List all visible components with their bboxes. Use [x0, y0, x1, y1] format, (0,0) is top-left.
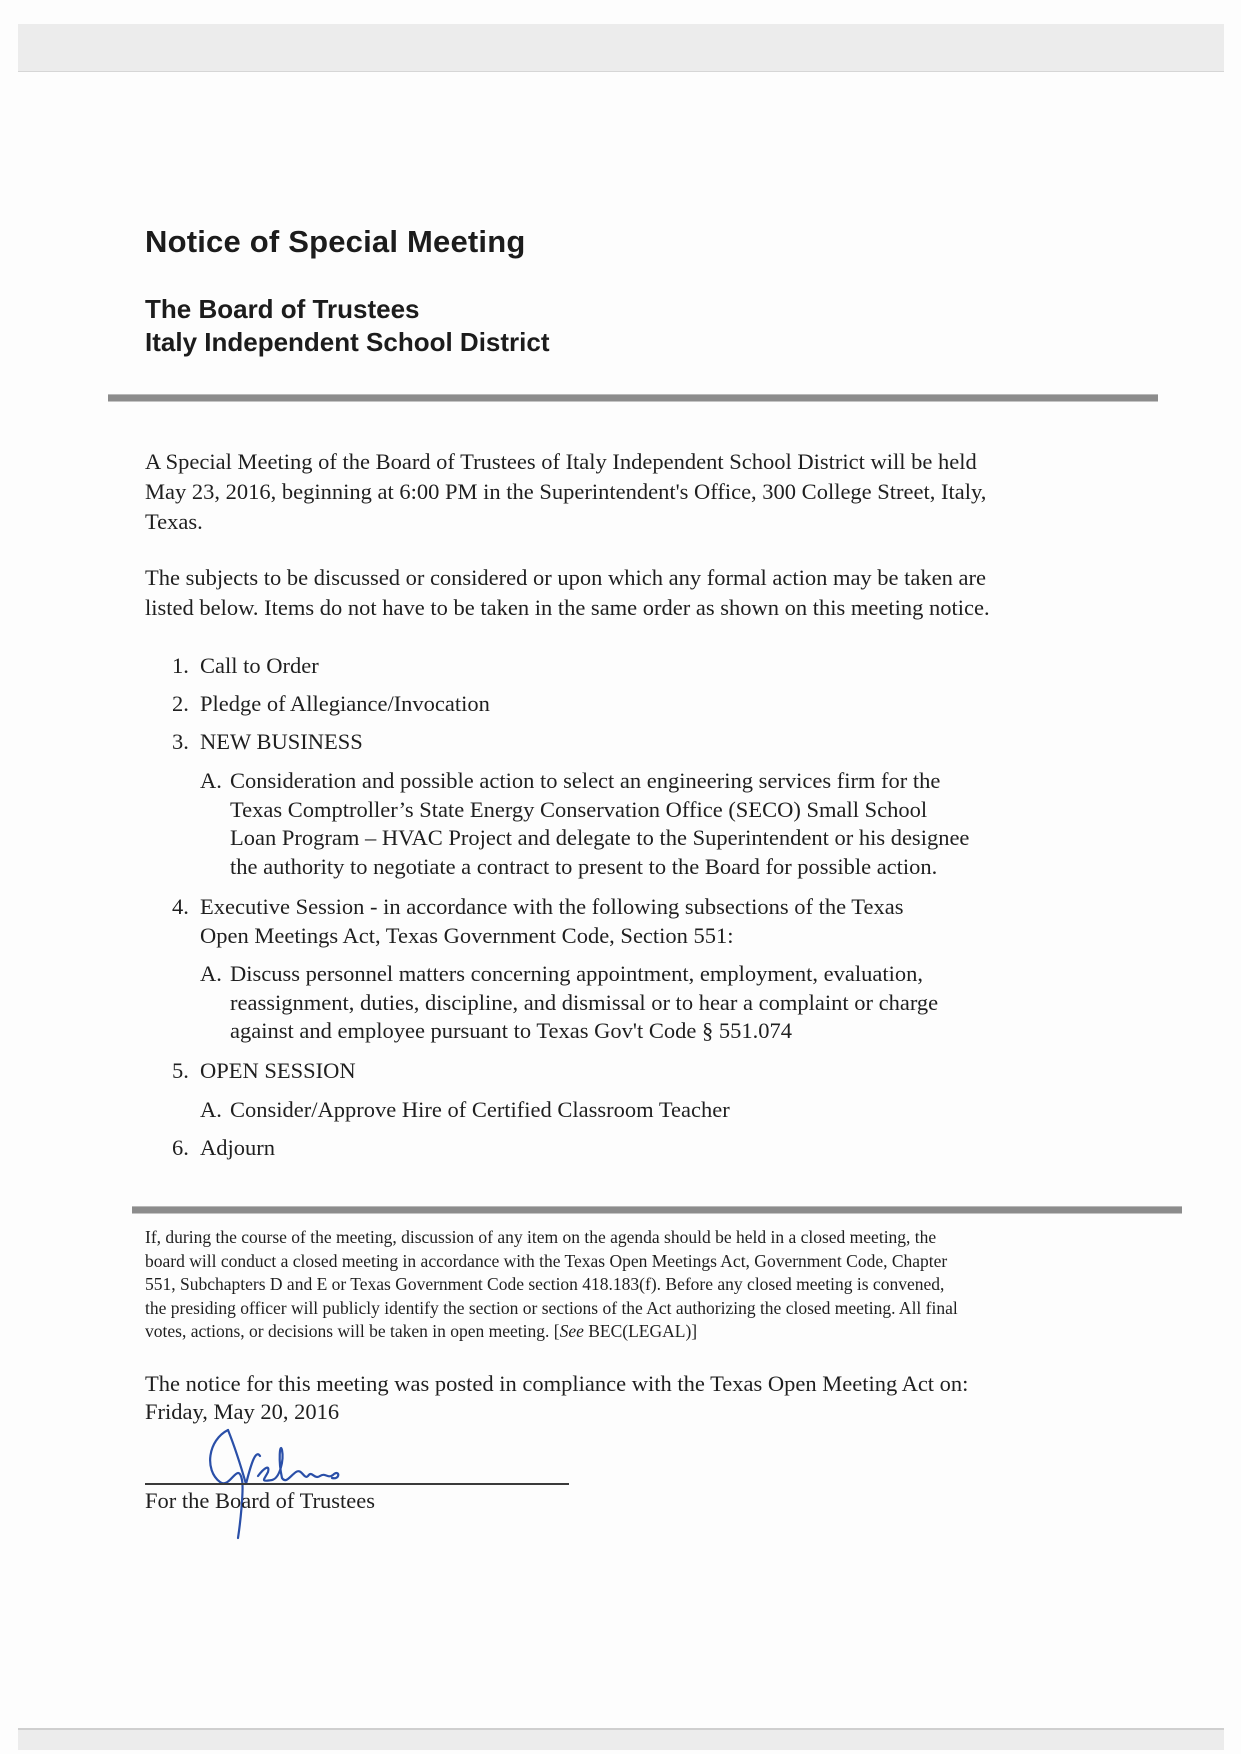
scan-bottom-band	[18, 1728, 1224, 1750]
footer-divider	[132, 1206, 1182, 1214]
page-title: Notice of Special Meeting	[145, 224, 526, 260]
signature-caption: For the Board of Trustees	[145, 1488, 375, 1514]
scan-top-band	[18, 24, 1224, 72]
org-name-line-1: The Board of Trustees	[145, 294, 420, 325]
posting-statement: The notice for this meeting was posted i…	[145, 1370, 968, 1426]
org-name-line-2: Italy Independent School District	[145, 327, 550, 358]
header-divider	[108, 394, 1158, 402]
signature-icon	[190, 1420, 450, 1540]
legal-notice: If, during the course of the meeting, di…	[145, 1226, 1145, 1344]
intro-paragraph: A Special Meeting of the Board of Truste…	[145, 447, 1105, 537]
subjects-paragraph: The subjects to be discussed or consider…	[145, 563, 1105, 623]
signature-line	[145, 1483, 569, 1485]
